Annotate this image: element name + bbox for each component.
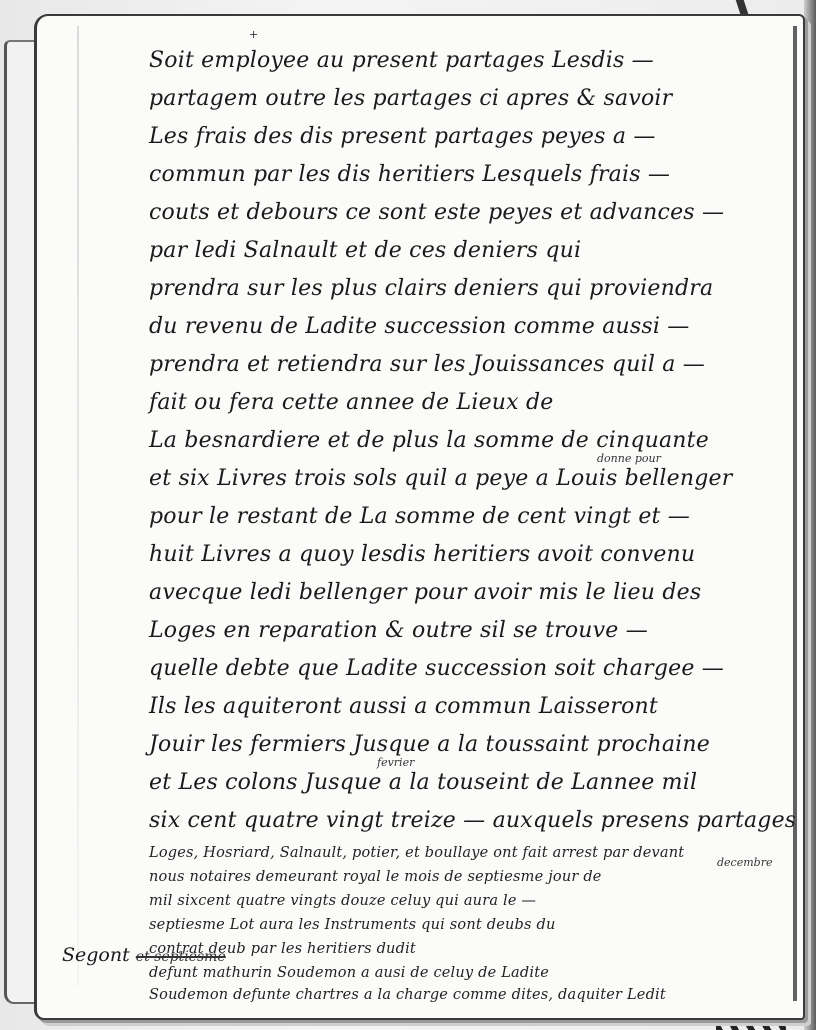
text-line-5: couts et debours ce sont este peyes et a…	[149, 198, 724, 228]
text-line-14: huit Livres a quoy lesdis heritiers avoi…	[149, 540, 695, 570]
text-line-16: Loges en reparation & outre sil se trouv…	[149, 616, 648, 646]
interlinear-fevrier: fevrier	[377, 756, 414, 769]
text-line-28: Soudemon defunte chartres a la charge co…	[149, 984, 666, 1006]
margin-note: Segont et septiesme	[62, 944, 226, 966]
interlinear-decembre: decembre	[717, 856, 772, 869]
text-line-4: commun par les dis heritiers Lesquels fr…	[149, 160, 670, 190]
text-line-21: six cent quatre vingt treize — auxquels …	[149, 806, 796, 836]
manuscript-text: Soit employee au present partages Lesdis…	[37, 16, 803, 1018]
text-line-7: prendra sur les plus clairs deniers qui …	[149, 274, 713, 304]
manuscript-page: Soit employee au present partages Lesdis…	[34, 14, 805, 1020]
text-line-23: nous notaires demeurant royal le mois de…	[149, 866, 602, 888]
text-line-12: et six Livres trois sols quil a peye a L…	[149, 464, 732, 494]
text-line-24: mil sixcent quatre vingts douze celuy qu…	[149, 890, 536, 912]
text-line-20: et Les colons Jusque a la touseint de La…	[149, 768, 697, 798]
text-line-3: Les frais des dis present partages peyes…	[149, 122, 656, 152]
book-spine-edge	[804, 0, 816, 1030]
text-line-15: avecque ledi bellenger pour avoir mis le…	[149, 578, 701, 608]
interlinear-donne-pour: donne pour	[597, 452, 661, 465]
text-line-17: quelle debte que Ladite succession soit …	[149, 654, 724, 684]
text-line-10: fait ou fera cette annee de Lieux de	[149, 388, 553, 418]
margin-note-text: Segont	[62, 944, 130, 966]
text-line-22: Loges, Hosriard, Salnault, potier, et bo…	[149, 842, 684, 864]
margin-note-struck: et septiesme	[136, 949, 226, 965]
text-line-1: Soit employee au present partages Lesdis…	[149, 46, 654, 76]
interlinear-plus: +	[249, 28, 258, 41]
text-line-19: Jouir les fermiers Jusque a la toussaint…	[149, 730, 710, 760]
text-line-25: septiesme Lot aura les Instruments qui s…	[149, 914, 555, 936]
text-line-2: partagem outre les partages ci apres & s…	[149, 84, 672, 114]
text-line-13: pour le restant de La somme de cent ving…	[149, 502, 690, 532]
text-line-6: par ledi Salnault et de ces deniers qui	[149, 236, 581, 266]
text-line-18: Ils les aquiteront aussi a commun Laisse…	[149, 692, 658, 722]
text-line-8: du revenu de Ladite succession comme aus…	[149, 312, 690, 342]
text-line-9: prendra et retiendra sur les Jouissances…	[149, 350, 705, 380]
